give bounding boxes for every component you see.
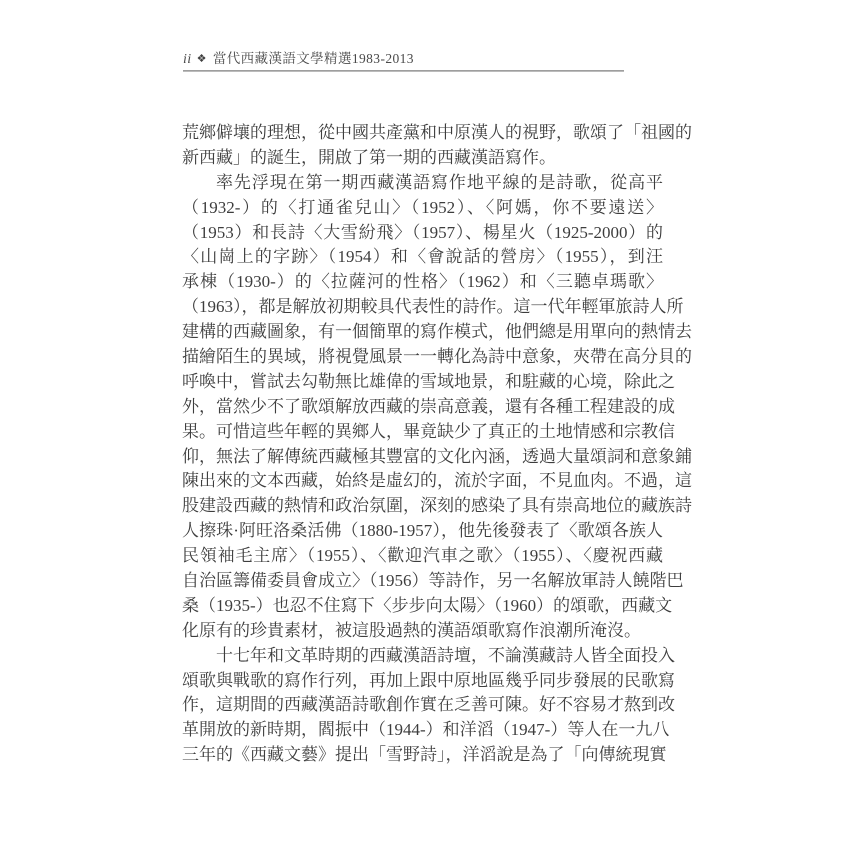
text-line: （1932-）的〈打通雀兒山〉（1952）、〈阿媽，你不要遠送〉 — [182, 196, 663, 221]
paragraph: 荒鄉僻壤的理想，從中國共產黨和中原漢人的視野，歌頌了「祖國的 新西藏」的誕生，開… — [182, 121, 663, 171]
text-line: 頌歌與戰歌的寫作行列，再加上跟中原地區幾乎同步發展的民歌寫 — [182, 669, 663, 694]
text-line: 人擦珠·阿旺洛桑活佛（1880-1957），他先後發表了〈歌頌各族人 — [182, 519, 663, 544]
text-line: 化原有的珍貴素材，被這股過熱的漢語頌歌寫作浪潮所淹沒。 — [182, 619, 663, 644]
text-line: 民領袖毛主席〉（1955）、〈歡迎汽車之歌〉（1955）、〈慶祝西藏 — [182, 544, 663, 569]
text-line: （1963），都是解放初期較具代表性的詩作。這一代年輕軍旅詩人所 — [182, 295, 663, 320]
text-line: 作，這期間的西藏漢語詩歌創作實在乏善可陳。好不容易才熬到改 — [182, 693, 663, 718]
page-body: 荒鄉僻壤的理想，從中國共產黨和中原漢人的視野，歌頌了「祖國的 新西藏」的誕生，開… — [182, 121, 663, 768]
text-line: 十七年和文革時期的西藏漢語詩壇，不論漢藏詩人皆全面投入 — [182, 644, 663, 669]
text-line: 仰，無法了解傳統西藏極其豐富的文化內涵，透過大量頌詞和意象鋪 — [182, 445, 663, 470]
text-line: 描繪陌生的異域，將視覺風景一一轉化為詩中意象，夾帶在高分貝的 — [182, 345, 663, 370]
book-page: ii❖當代西藏漢語文學精選1983-2013 荒鄉僻壤的理想，從中國共產黨和中原… — [0, 0, 850, 850]
text-line: 股建設西藏的熱情和政治氛圍，深刻的感染了具有崇高地位的藏族詩 — [182, 494, 663, 519]
text-line: 〈山崗上的字跡〉（1954）和〈會說話的營房〉（1955），到汪 — [182, 245, 663, 270]
text-line: 陳出來的文本西藏，始終是虛幻的，流於字面，不見血肉。不過，這 — [182, 469, 663, 494]
header-rule — [183, 70, 624, 72]
paragraph: 率先浮現在第一期西藏漢語寫作地平線的是詩歌，從高平 （1932-）的〈打通雀兒山… — [182, 171, 663, 644]
text-line: 荒鄉僻壤的理想，從中國共產黨和中原漢人的視野，歌頌了「祖國的 — [182, 121, 663, 146]
text-line: 外，當然少不了歌頌解放西藏的崇高意義，還有各種工程建設的成 — [182, 395, 663, 420]
text-line: 承棟（1930-）的〈拉薩河的性格〉（1962）和〈三聽卓瑪歌〉 — [182, 270, 663, 295]
text-line: 率先浮現在第一期西藏漢語寫作地平線的是詩歌，從高平 — [182, 171, 663, 196]
text-line: 建構的西藏圖象，有一個簡單的寫作模式，他們總是用單向的熱情去 — [182, 320, 663, 345]
text-line: 革開放的新時期，閻振中（1944-）和洋滔（1947-）等人在一九八 — [182, 718, 663, 743]
text-line: 自治區籌備委員會成立〉（1956）等詩作，另一名解放軍詩人饒階巴 — [182, 569, 663, 594]
book-title: 當代西藏漢語文學精選1983-2013 — [213, 51, 414, 66]
running-header: ii❖當代西藏漢語文學精選1983-2013 — [183, 47, 663, 67]
text-line: 三年的《西藏文藝》提出「雪野詩」，洋滔說是為了「向傳統現實 — [182, 743, 663, 768]
text-line: 新西藏」的誕生，開啟了第一期的西藏漢語寫作。 — [182, 146, 663, 171]
text-line: 果。可惜這些年輕的異鄉人，畢竟缺少了真正的土地情感和宗教信 — [182, 420, 663, 445]
text-line: （1953）和長詩〈大雪紛飛〉（1957）、楊星火（1925-2000）的 — [182, 221, 663, 246]
text-line: 呼喚中，嘗試去勾勒無比雄偉的雪域地景，和駐藏的心境，除此之 — [182, 370, 663, 395]
paragraph: 十七年和文革時期的西藏漢語詩壇，不論漢藏詩人皆全面投入 頌歌與戰歌的寫作行列，再… — [182, 644, 663, 768]
text-line: 桑（1935-）也忍不住寫下〈步步向太陽〉（1960）的頌歌，西藏文 — [182, 594, 663, 619]
diamond-icon: ❖ — [197, 53, 207, 65]
page-number: ii — [183, 52, 192, 67]
